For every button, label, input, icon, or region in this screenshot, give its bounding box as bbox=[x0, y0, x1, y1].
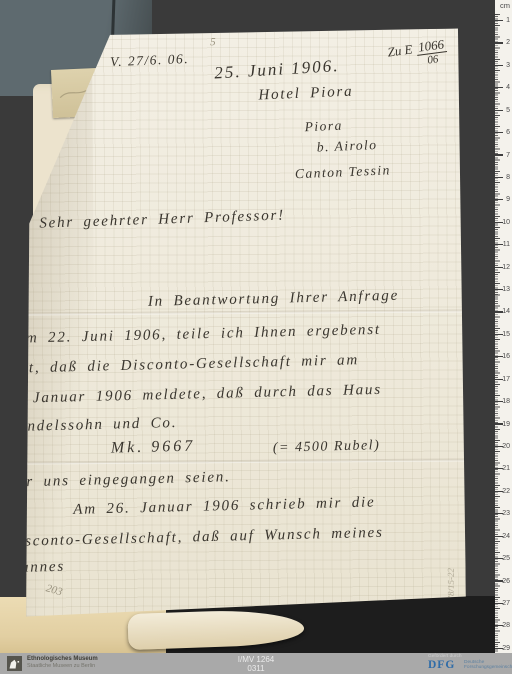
ruler-cm-tick bbox=[495, 65, 503, 66]
dateline: 25. Juni 1906. bbox=[214, 56, 340, 83]
ruler-cm-tick bbox=[495, 20, 503, 21]
ruler-cm-number: 28 bbox=[502, 621, 510, 630]
address-hotel: Hotel Piora bbox=[258, 84, 354, 105]
ruler-cm-number: 8 bbox=[506, 173, 510, 182]
ruler-cm-number: 11 bbox=[503, 240, 510, 249]
ruler-cm-tick bbox=[495, 154, 503, 155]
dfg-name: Deutsche Forschungsgemeinschaft bbox=[464, 660, 512, 671]
ruler-cm-number: 14 bbox=[502, 307, 510, 316]
body-line: mit, daß die Disconto-Gesellschaft mir a… bbox=[10, 352, 359, 378]
letter-page: 5 V. 27/6. 06. Zu E 1066 06 25. Juni 190… bbox=[22, 28, 466, 616]
body-line: für uns eingegangen seien. bbox=[11, 469, 231, 491]
ruler-cm-number: 7 bbox=[506, 151, 510, 160]
dfg-logo: DFG bbox=[428, 659, 455, 671]
ruler-cm-number: 3 bbox=[506, 61, 510, 70]
ruler-cm-number: 4 bbox=[506, 83, 510, 92]
ruler-cm-number: 26 bbox=[502, 577, 510, 586]
ruler-cm-number: 17 bbox=[502, 375, 510, 384]
address-place: Piora bbox=[304, 118, 343, 136]
dfg-name-line2: Forschungsgemeinschaft bbox=[464, 665, 512, 670]
ruler-unit-label: cm bbox=[500, 1, 510, 10]
fold-crease bbox=[25, 458, 465, 464]
salutation: Sehr geehrter Herr Professor! bbox=[39, 208, 285, 233]
ruler-cm-number: 19 bbox=[502, 420, 510, 429]
ruler-cm-tick bbox=[495, 87, 503, 88]
ruler-cm-number: 1 bbox=[506, 16, 510, 25]
file-reference: Zu E 1066 06 bbox=[387, 37, 449, 71]
ruler-cm-number: 12 bbox=[502, 263, 510, 272]
ruler-cm-number: 2 bbox=[506, 38, 510, 47]
ruler-cm-number: 23 bbox=[502, 509, 510, 518]
body-line: vom 22. Juni 1906, teile ich Ihnen ergeb… bbox=[8, 322, 381, 348]
ruler-cm-number: 25 bbox=[502, 554, 510, 563]
ruler-cm-number: 13 bbox=[502, 285, 510, 294]
ruler-cm-number: 18 bbox=[502, 397, 510, 406]
body-line: 2. Januar 1906 meldete, daß durch das Ha… bbox=[8, 382, 382, 408]
scan-viewer: 5 V. 27/6. 06. Zu E 1066 06 25. Juni 190… bbox=[0, 0, 512, 674]
ruler-cm-number: 29 bbox=[502, 644, 510, 653]
footer-bar: Ethnologisches Museum Staatliche Museen … bbox=[0, 653, 512, 674]
fold-crease bbox=[24, 309, 464, 315]
body-line: In Beantwortung Ihrer Anfrage bbox=[148, 288, 400, 311]
amount-note: (= 4500 Rubel) bbox=[273, 438, 381, 457]
ruler-cm-number: 15 bbox=[502, 330, 510, 339]
address-canton: Canton Tessin bbox=[295, 162, 391, 182]
pencil-folio-number: 203 bbox=[45, 582, 64, 598]
body-line: Mendelssohn und Co. bbox=[5, 415, 178, 436]
ruler-cm-number: 21 bbox=[502, 464, 510, 473]
ruler-cm-tick bbox=[495, 199, 503, 200]
pencil-page-number: 5 bbox=[210, 36, 216, 48]
ruler: cm 1234567891011121314151617181920212223… bbox=[495, 0, 512, 653]
ruler-cm-number: 6 bbox=[506, 128, 510, 137]
margin-note: 78/15-22 bbox=[446, 568, 456, 601]
received-note: V. 27/6. 06. bbox=[110, 51, 189, 70]
ruler-cm-tick bbox=[495, 110, 503, 111]
ruler-cm-tick bbox=[495, 132, 503, 133]
ruler-cm-number: 10 bbox=[502, 218, 510, 227]
body-line: Am 26. Januar 1906 schrieb mir die bbox=[73, 494, 376, 518]
file-reference-fraction: 1066 06 bbox=[415, 37, 448, 68]
address-near: b. Airolo bbox=[316, 137, 377, 156]
body-line: Disconto-Gesellschaft, daß auf Wunsch me… bbox=[6, 525, 384, 551]
ruler-cm-number: 24 bbox=[502, 532, 510, 541]
ruler-cm-number: 9 bbox=[506, 195, 510, 204]
ruler-cm-number: 16 bbox=[502, 352, 510, 361]
file-reference-prefix: Zu E bbox=[387, 41, 414, 60]
ruler-cm-number: 20 bbox=[502, 442, 510, 451]
ruler-cm-number: 27 bbox=[502, 599, 510, 608]
ruler-cm-number: 5 bbox=[506, 106, 510, 115]
amount: Mk. 9667 bbox=[111, 438, 196, 458]
ruler-cm-number: 22 bbox=[502, 487, 510, 496]
ruler-cm-tick bbox=[495, 177, 503, 178]
ruler-cm-tick bbox=[495, 42, 503, 43]
